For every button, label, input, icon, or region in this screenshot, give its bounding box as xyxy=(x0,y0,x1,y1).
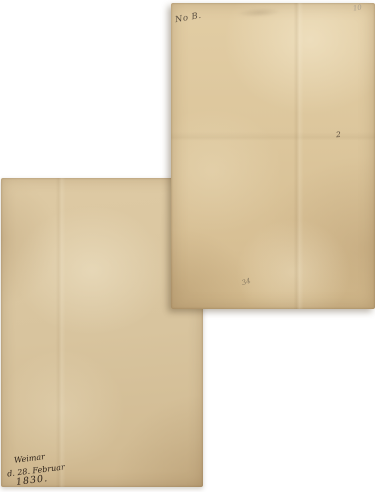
folio-number: 10 xyxy=(353,4,363,12)
right-ink-layer xyxy=(171,3,375,309)
photograph-of-letters: Weimar d. 28. Februar 1830. No B. 10 2 3… xyxy=(0,0,375,492)
page-number: 2 xyxy=(336,131,341,139)
letter-right-page: No B. 10 2 34 xyxy=(171,3,375,309)
